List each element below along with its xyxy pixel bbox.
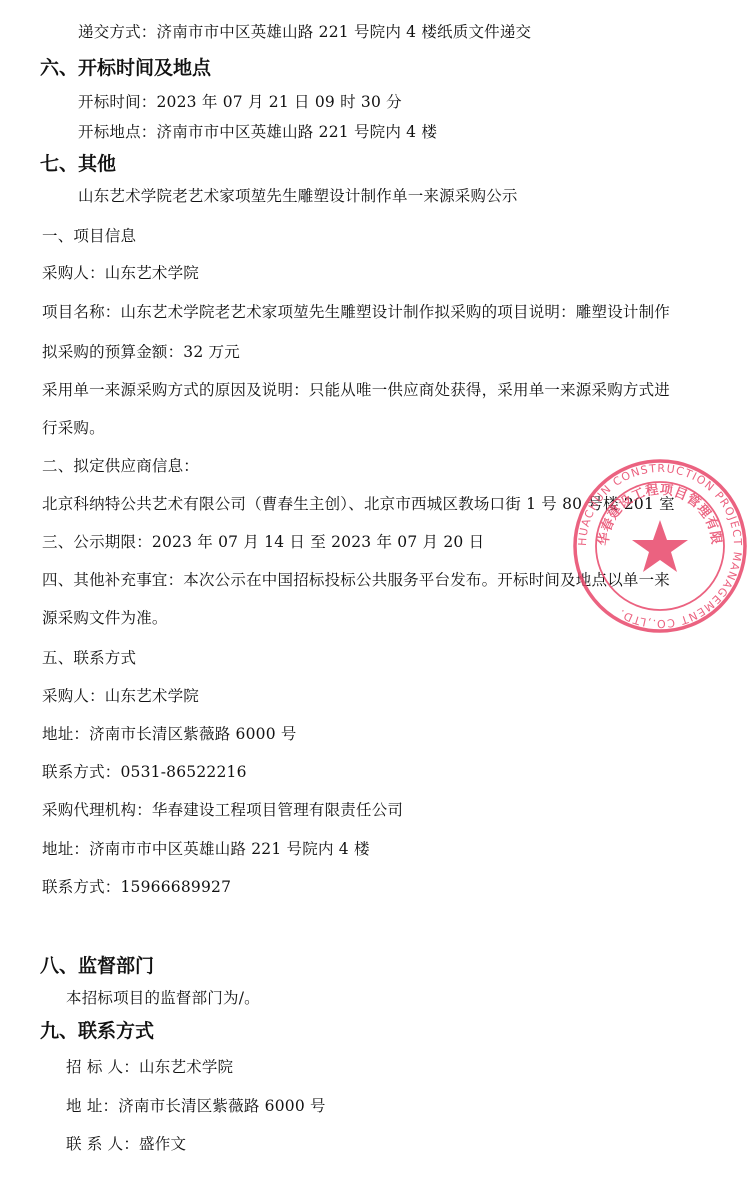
announcement-period: 三、公示期限：2023 年 07 月 14 日 至 2023 年 07 月 20…: [42, 532, 484, 552]
opening-place: 开标地点：济南市市中区英雄山路 221 号院内 4 楼: [78, 122, 437, 142]
section-6-heading: 六、开标时间及地点: [40, 56, 211, 80]
reason-line-2: 行采购。: [42, 418, 105, 438]
official-seal-stamp: HUACHUN CONSTRUCTION PROJECT MANAGEMENT …: [572, 458, 748, 634]
section-7-heading: 七、其他: [40, 152, 116, 176]
other-matters-line-2: 源采购文件为准。: [42, 608, 168, 628]
section-8-heading: 八、监督部门: [40, 954, 154, 978]
project-info-heading: 一、项目信息: [42, 226, 136, 246]
opening-time: 开标时间：2023 年 07 月 21 日 09 时 30 分: [78, 92, 402, 112]
supervision-dept: 本招标项目的监督部门为/。: [66, 988, 260, 1008]
other-matters-line-1: 四、其他补充事宜：本次公示在中国招标投标公共服务平台发布。开标时间及地点以单一来: [42, 570, 670, 590]
section-9-heading: 九、联系方式: [40, 1019, 154, 1043]
agency-address: 地址：济南市市中区英雄山路 221 号院内 4 楼: [42, 839, 370, 859]
tenderer-address: 地 址：济南市长清区紫薇路 6000 号: [66, 1096, 326, 1116]
contact-heading: 五、联系方式: [42, 648, 136, 668]
contact-purchaser: 采购人：山东艺术学院: [42, 686, 199, 706]
procurement-agency: 采购代理机构：华春建设工程项目管理有限责任公司: [42, 800, 403, 820]
announcement-title: 山东艺术学院老艺术家项堃先生雕塑设计制作单一来源采购公示: [78, 186, 518, 206]
reason-line-1: 采用单一来源采购方式的原因及说明：只能从唯一供应商处获得，采用单一来源采购方式进: [42, 380, 670, 400]
agency-phone: 联系方式：15966689927: [42, 877, 231, 897]
project-name-line-2: 拟采购的预算金额：32 万元: [42, 342, 240, 362]
svg-text:HUACHUN CONSTRUCTION PROJECT M: HUACHUN CONSTRUCTION PROJECT MANAGEMENT …: [576, 462, 744, 630]
tenderer: 招 标 人：山东艺术学院: [66, 1057, 233, 1077]
contact-phone: 联系方式：0531-86522216: [42, 762, 247, 782]
tenderer-contact: 联 系 人：盛作文: [66, 1134, 186, 1154]
seal-star-icon: [632, 520, 688, 572]
supplier-heading: 二、拟定供应商信息：: [42, 456, 199, 476]
seal-outer-text: HUACHUN CONSTRUCTION PROJECT MANAGEMENT …: [576, 462, 744, 630]
purchaser: 采购人：山东艺术学院: [42, 263, 199, 283]
contact-address: 地址：济南市长清区紫薇路 6000 号: [42, 724, 297, 744]
supplier-info: 北京科纳特公共艺术有限公司（曹春生主创）、北京市西城区教场口街 1 号 80 号…: [42, 494, 675, 514]
project-name-line-1: 项目名称：山东艺术学院老艺术家项堃先生雕塑设计制作拟采购的项目说明：雕塑设计制作: [42, 302, 670, 322]
submission-method: 递交方式：济南市市中区英雄山路 221 号院内 4 楼纸质文件递交: [78, 22, 531, 42]
